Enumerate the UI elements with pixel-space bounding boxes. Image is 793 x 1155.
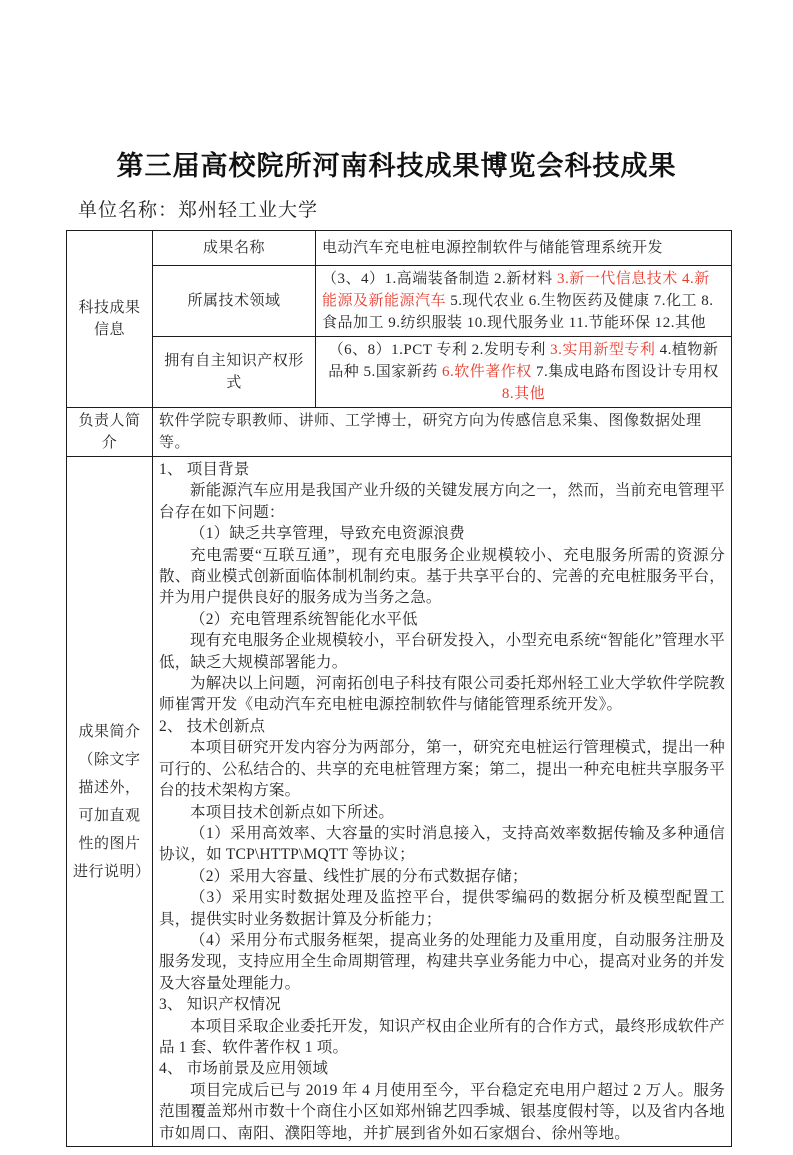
plain-text: （3、4）1.高端装备制造 2.新材料 <box>322 271 557 287</box>
summary-paragraph: （1）采用高效率、大容量的实时消息接入，支持高效率数据传输及多种通信协议，如 T… <box>159 823 725 866</box>
table-row-ip-forms: 拥有自主知识产权形式 （6、8）1.PCT 专利 2.发明专利 3.实用新型专利… <box>67 337 732 408</box>
leader-intro-label: 负责人简介 <box>67 408 153 457</box>
info-group-label-cell: 科技成果信息 <box>67 231 153 408</box>
summary-paragraph: （4）采用分布式服务框架，提高业务的处理能力及重用度，自动服务注册及服务发现，支… <box>159 930 725 994</box>
tech-field-value: （3、4）1.高端装备制造 2.新材料 3.新一代信息技术 4.新能源及新能源汽… <box>316 266 732 337</box>
summary-label-title: 成果简介 <box>73 718 146 746</box>
table-row-tech-field: 所属技术领域 （3、4）1.高端装备制造 2.新材料 3.新一代信息技术 4.新… <box>67 266 732 337</box>
summary-paragraph: 为解决以上问题，河南拓创电子科技有限公司委托郑州轻工业大学软件学院教师崔霄开发《… <box>159 673 725 716</box>
highlighted-text: 8.其他 <box>502 386 545 402</box>
summary-content: 1、 项目背景新能源汽车应用是我国产业升级的关键发展方向之一，然而，当前充电管理… <box>153 457 732 1147</box>
summary-label-note: （除文字描述外，可加直观性的图片进行说明） <box>73 746 146 886</box>
plain-text: （6、8）1.PCT 专利 2.发明专利 <box>329 342 551 358</box>
summary-section-heading: 2、 技术创新点 <box>159 716 725 737</box>
org-label: 单位名称： <box>78 200 178 221</box>
org-name: 郑州轻工业大学 <box>178 200 318 221</box>
summary-paragraph: （2）充电管理系统智能化水平低 <box>159 609 725 630</box>
summary-section-heading: 4、 市场前景及应用领域 <box>159 1058 725 1079</box>
summary-paragraph: 新能源汽车应用是我国产业升级的关键发展方向之一，然而，当前充电管理平台存在如下问… <box>159 480 725 523</box>
org-name-line: 单位名称：郑州轻工业大学 <box>78 195 318 222</box>
table-row-leader-intro: 负责人简介 软件学院专职教师、讲师、工学博士，研究方向为传感信息采集、图像数据处… <box>67 408 732 457</box>
summary-paragraph: （1）缺乏共享管理，导致充电资源浪费 <box>159 523 725 544</box>
summary-paragraph: （3）采用实时数据处理及监控平台，提供零编码的数据分析及模型配置工具，提供实时业… <box>159 887 725 930</box>
summary-paragraph: 项目完成后已与 2019 年 4 月使用至今，平台稳定充电用户超过 2 万人。服… <box>159 1080 725 1144</box>
document-page: 第三届高校院所河南科技成果博览会科技成果 单位名称：郑州轻工业大学 科技成果信息… <box>0 0 793 1155</box>
ip-forms-value: （6、8）1.PCT 专利 2.发明专利 3.实用新型专利 4.植物新品种 5.… <box>316 337 732 408</box>
leader-intro-value: 软件学院专职教师、讲师、工学博士，研究方向为传感信息采集、图像数据处理等。 <box>153 408 732 457</box>
summary-paragraph: 现有充电服务企业规模较小，平台研发投入，小型充电系统“智能化”管理水平低，缺乏大… <box>159 630 725 673</box>
plain-text: 7.集成电路布图设计专用权 <box>532 364 719 380</box>
summary-paragraph: （2）采用大容量、线性扩展的分布式数据存储； <box>159 866 725 887</box>
summary-paragraph: 本项目采取企业委托开发，知识产权由企业所有的合作方式，最终形成软件产品 1 套、… <box>159 1016 725 1059</box>
document-title: 第三届高校院所河南科技成果博览会科技成果 <box>0 144 793 183</box>
achievement-name-label: 成果名称 <box>153 231 316 266</box>
achievement-name-value: 电动汽车充电桩电源控制软件与储能管理系统开发 <box>316 231 732 266</box>
summary-paragraph: 本项目技术创新点如下所述。 <box>159 802 725 823</box>
info-group-label: 科技成果信息 <box>75 297 144 341</box>
tech-field-label: 所属技术领域 <box>153 266 316 337</box>
summary-paragraph: 本项目研究开发内容分为两部分，第一，研究充电桩运行管理模式，提出一种可行的、公私… <box>159 737 725 801</box>
highlighted-text: 3.实用新型专利 <box>550 342 655 358</box>
summary-paragraph: 充电需要“互联互通”，现有充电服务企业规模较小、充电服务所需的资源分散、商业模式… <box>159 545 725 609</box>
achievement-table: 科技成果信息 成果名称 电动汽车充电桩电源控制软件与储能管理系统开发 所属技术领… <box>66 230 732 1147</box>
table-row-summary: 成果简介 （除文字描述外，可加直观性的图片进行说明） 1、 项目背景新能源汽车应… <box>67 457 732 1147</box>
table-row-achievement-name: 科技成果信息 成果名称 电动汽车充电桩电源控制软件与储能管理系统开发 <box>67 231 732 266</box>
highlighted-text: 6.软件著作权 <box>442 364 532 380</box>
summary-section-heading: 3、 知识产权情况 <box>159 994 725 1015</box>
summary-label-cell: 成果简介 （除文字描述外，可加直观性的图片进行说明） <box>67 457 153 1147</box>
summary-section-heading: 1、 项目背景 <box>159 459 725 480</box>
ip-forms-label: 拥有自主知识产权形式 <box>153 337 316 408</box>
